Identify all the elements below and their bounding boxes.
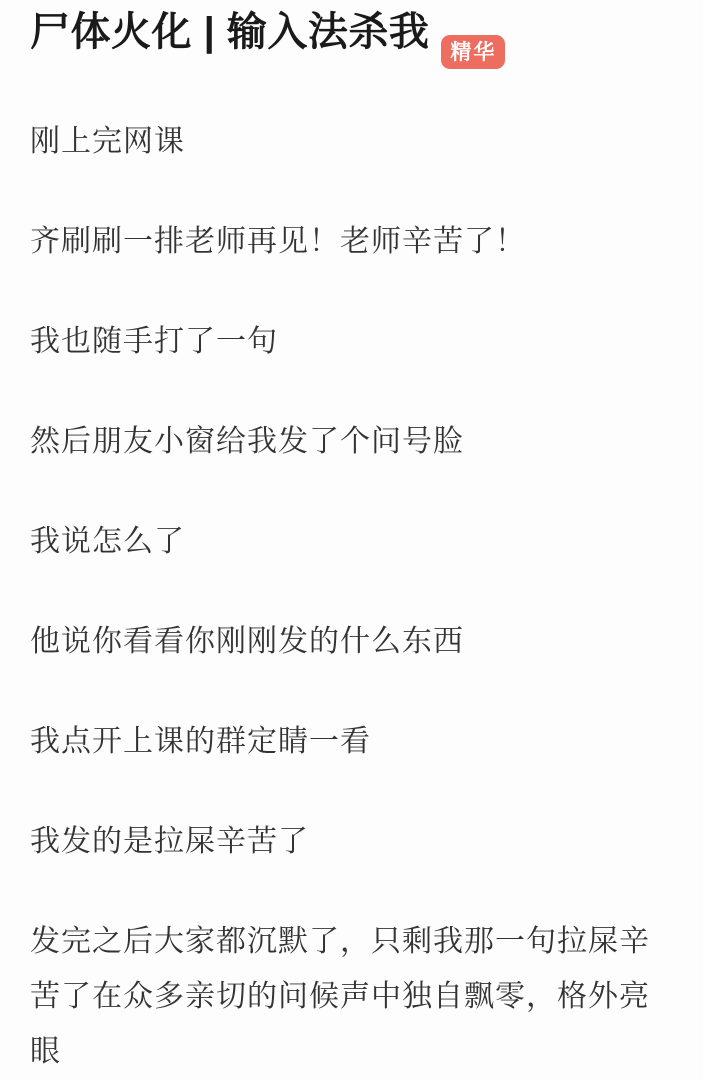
post-paragraph: 我也随手打了一句 (30, 314, 670, 369)
post-paragraph: 我点开上课的群定睛一看 (30, 714, 670, 769)
post-title-text: 尸体火化 | 输入法杀我 (30, 10, 429, 54)
post-paragraph: 我说怎么了 (30, 514, 670, 569)
post-paragraph: 刚上完网课 (30, 114, 670, 169)
post-paragraph: 我发的是拉屎辛苦了 (30, 814, 670, 869)
essence-badge: 精华 (441, 35, 505, 69)
post-content: 尸体火化 | 输入法杀我精华 刚上完网课 齐刷刷一排老师再见！老师辛苦了！ 我也… (0, 0, 703, 1079)
post-paragraph: 齐刷刷一排老师再见！老师辛苦了！ (30, 214, 670, 269)
post-paragraph: 他说你看看你刚刚发的什么东西 (30, 614, 670, 669)
page-background: { "page": { "background_color": "#fdfdfd… (0, 0, 703, 1080)
post-paragraph: 发完之后大家都沉默了，只剩我那一句拉屎辛苦了在众多亲切的问候声中独自飘零，格外亮… (30, 914, 670, 1079)
post-body: 刚上完网课 齐刷刷一排老师再见！老师辛苦了！ 我也随手打了一句 然后朋友小窗给我… (30, 114, 670, 1079)
post-title: 尸体火化 | 输入法杀我精华 (30, 6, 703, 69)
post-paragraph: 然后朋友小窗给我发了个问号脸 (30, 414, 670, 469)
